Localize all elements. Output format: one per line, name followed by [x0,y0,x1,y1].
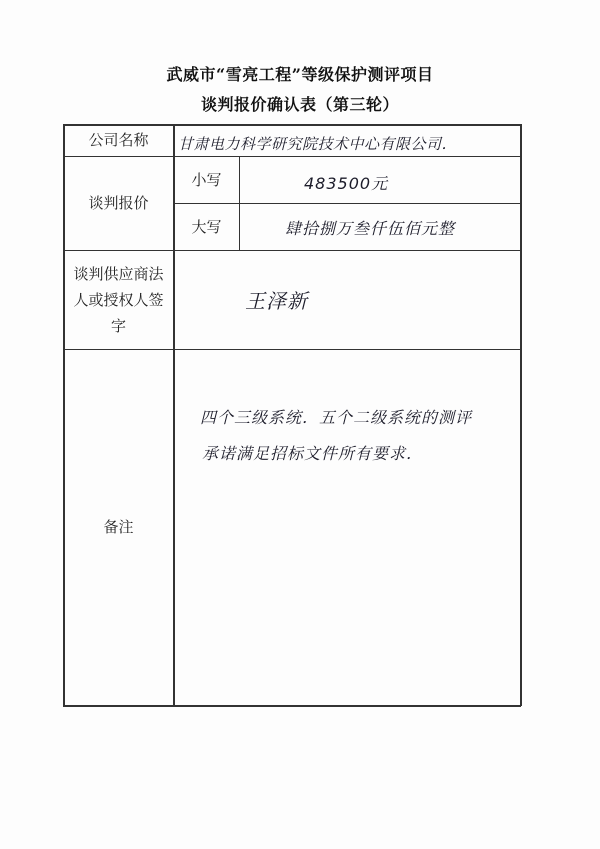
quote-lower-label-text: 小写 [191,167,221,193]
remarks-line-2: 承诺满足招标文件所有要求． [202,441,423,464]
quote-lower-value: 483500元 [304,171,388,194]
quote-upper-label: 大写 [174,204,239,250]
signature-value: 王泽新 [245,285,308,314]
quote-lower-label: 小写 [174,157,239,203]
title-line-2: 谈判报价确认表（第三轮） [0,92,600,115]
signature-label: 谈判供应商法 人或授权人签 字 [64,251,173,349]
company-name-label-text: 公司名称 [88,127,148,153]
remarks-line-1: 四个三级系统．五个二级系统的测评 [200,405,472,428]
remarks-label-text: 备注 [103,514,133,540]
signature-label-line-2: 人或授权人签 [73,287,163,313]
table-border-right [520,124,522,706]
quote-label: 谈判报价 [64,157,173,250]
company-name-value: 甘肃电力科学研究院技术中心有限公司． [178,133,457,154]
quote-upper-value: 肆拾捌万叁仟伍佰元整 [285,216,455,239]
table-border-bottom [63,705,521,707]
remarks-label: 备注 [64,350,173,705]
title-line-1: 武威市“雪亮工程”等级保护测评项目 [0,62,600,85]
signature-label-line-1: 谈判供应商法 [73,261,163,287]
signature-label-line-3: 字 [111,313,126,339]
quote-label-text: 谈判报价 [88,190,148,216]
quote-upper-label-text: 大写 [191,214,221,240]
company-name-label: 公司名称 [64,125,173,156]
